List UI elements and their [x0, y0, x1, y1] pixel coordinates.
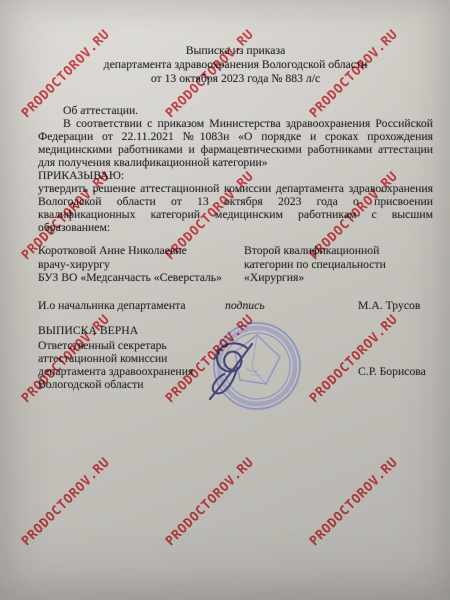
document-header: Выписка из приказа департамента здравоох… [38, 44, 433, 86]
signatory-name: М.А. Трусов [358, 299, 420, 312]
body-line: для получения квалификационной категории… [38, 156, 433, 169]
recipient-info: Коротковой Анне Николаевне врачу-хирургу… [38, 244, 244, 285]
scanned-document-photo: Выписка из приказа департамента здравоох… [0, 0, 450, 600]
order-date-number: от 13 октября 2023 года № 883 л/с [38, 72, 433, 86]
body-line: медицинскими работниками и фармацевтичес… [38, 143, 433, 156]
order-extract-document: Выписка из приказа департамента здравоох… [0, 0, 450, 600]
recipient-block: Коротковой Анне Николаевне врачу-хирургу… [38, 244, 433, 285]
body-line: квалификационных категорий медицинским р… [38, 208, 433, 221]
category-line: Второй квалификационной [244, 244, 433, 258]
body-line: Федерации от 22.11.2021 №1083н «О порядк… [38, 130, 433, 143]
secretary-line: Вологодской области [38, 379, 193, 392]
body-line: утвердить решение аттестационной комисси… [38, 182, 433, 195]
category-line: категории по специальности [244, 258, 433, 272]
subject-line: Об аттестации. [38, 104, 433, 117]
secretary-name: С.Р. Борисова [358, 365, 426, 378]
certification-block: ВЫПИСКА ВЕРНА Ответственный секретарь ат… [38, 325, 193, 392]
recipient-position: врачу-хирургу [38, 258, 244, 272]
handwritten-signature [203, 336, 263, 406]
category-specialty: «Хирургия» [244, 271, 433, 285]
signatory-row: И.о начальника департамента подпись М.А.… [38, 299, 433, 313]
body-line: образованием: [38, 221, 433, 234]
issuing-authority: департамента здравоохранения Вологодской… [38, 58, 433, 72]
body-line: В соответствии с приказом Министерства з… [38, 117, 433, 130]
signatory-title: И.о начальника департамента [38, 299, 186, 312]
document-body: Об аттестации. В соответствии с приказом… [38, 104, 433, 234]
certification-heading: ВЫПИСКА ВЕРНА [38, 325, 193, 338]
category-awarded: Второй квалификационной категории по спе… [244, 244, 433, 285]
body-line: Вологодской области от 13 октября 2023 г… [38, 195, 433, 208]
document-title: Выписка из приказа [38, 44, 433, 58]
order-word: ПРИКАЗЫВАЮ: [38, 169, 433, 182]
recipient-name: Коротковой Анне Николаевне [38, 244, 244, 258]
signature-placeholder: подпись [225, 299, 265, 312]
recipient-organization: БУЗ ВО «Медсанчасть «Северсталь» [38, 271, 244, 285]
